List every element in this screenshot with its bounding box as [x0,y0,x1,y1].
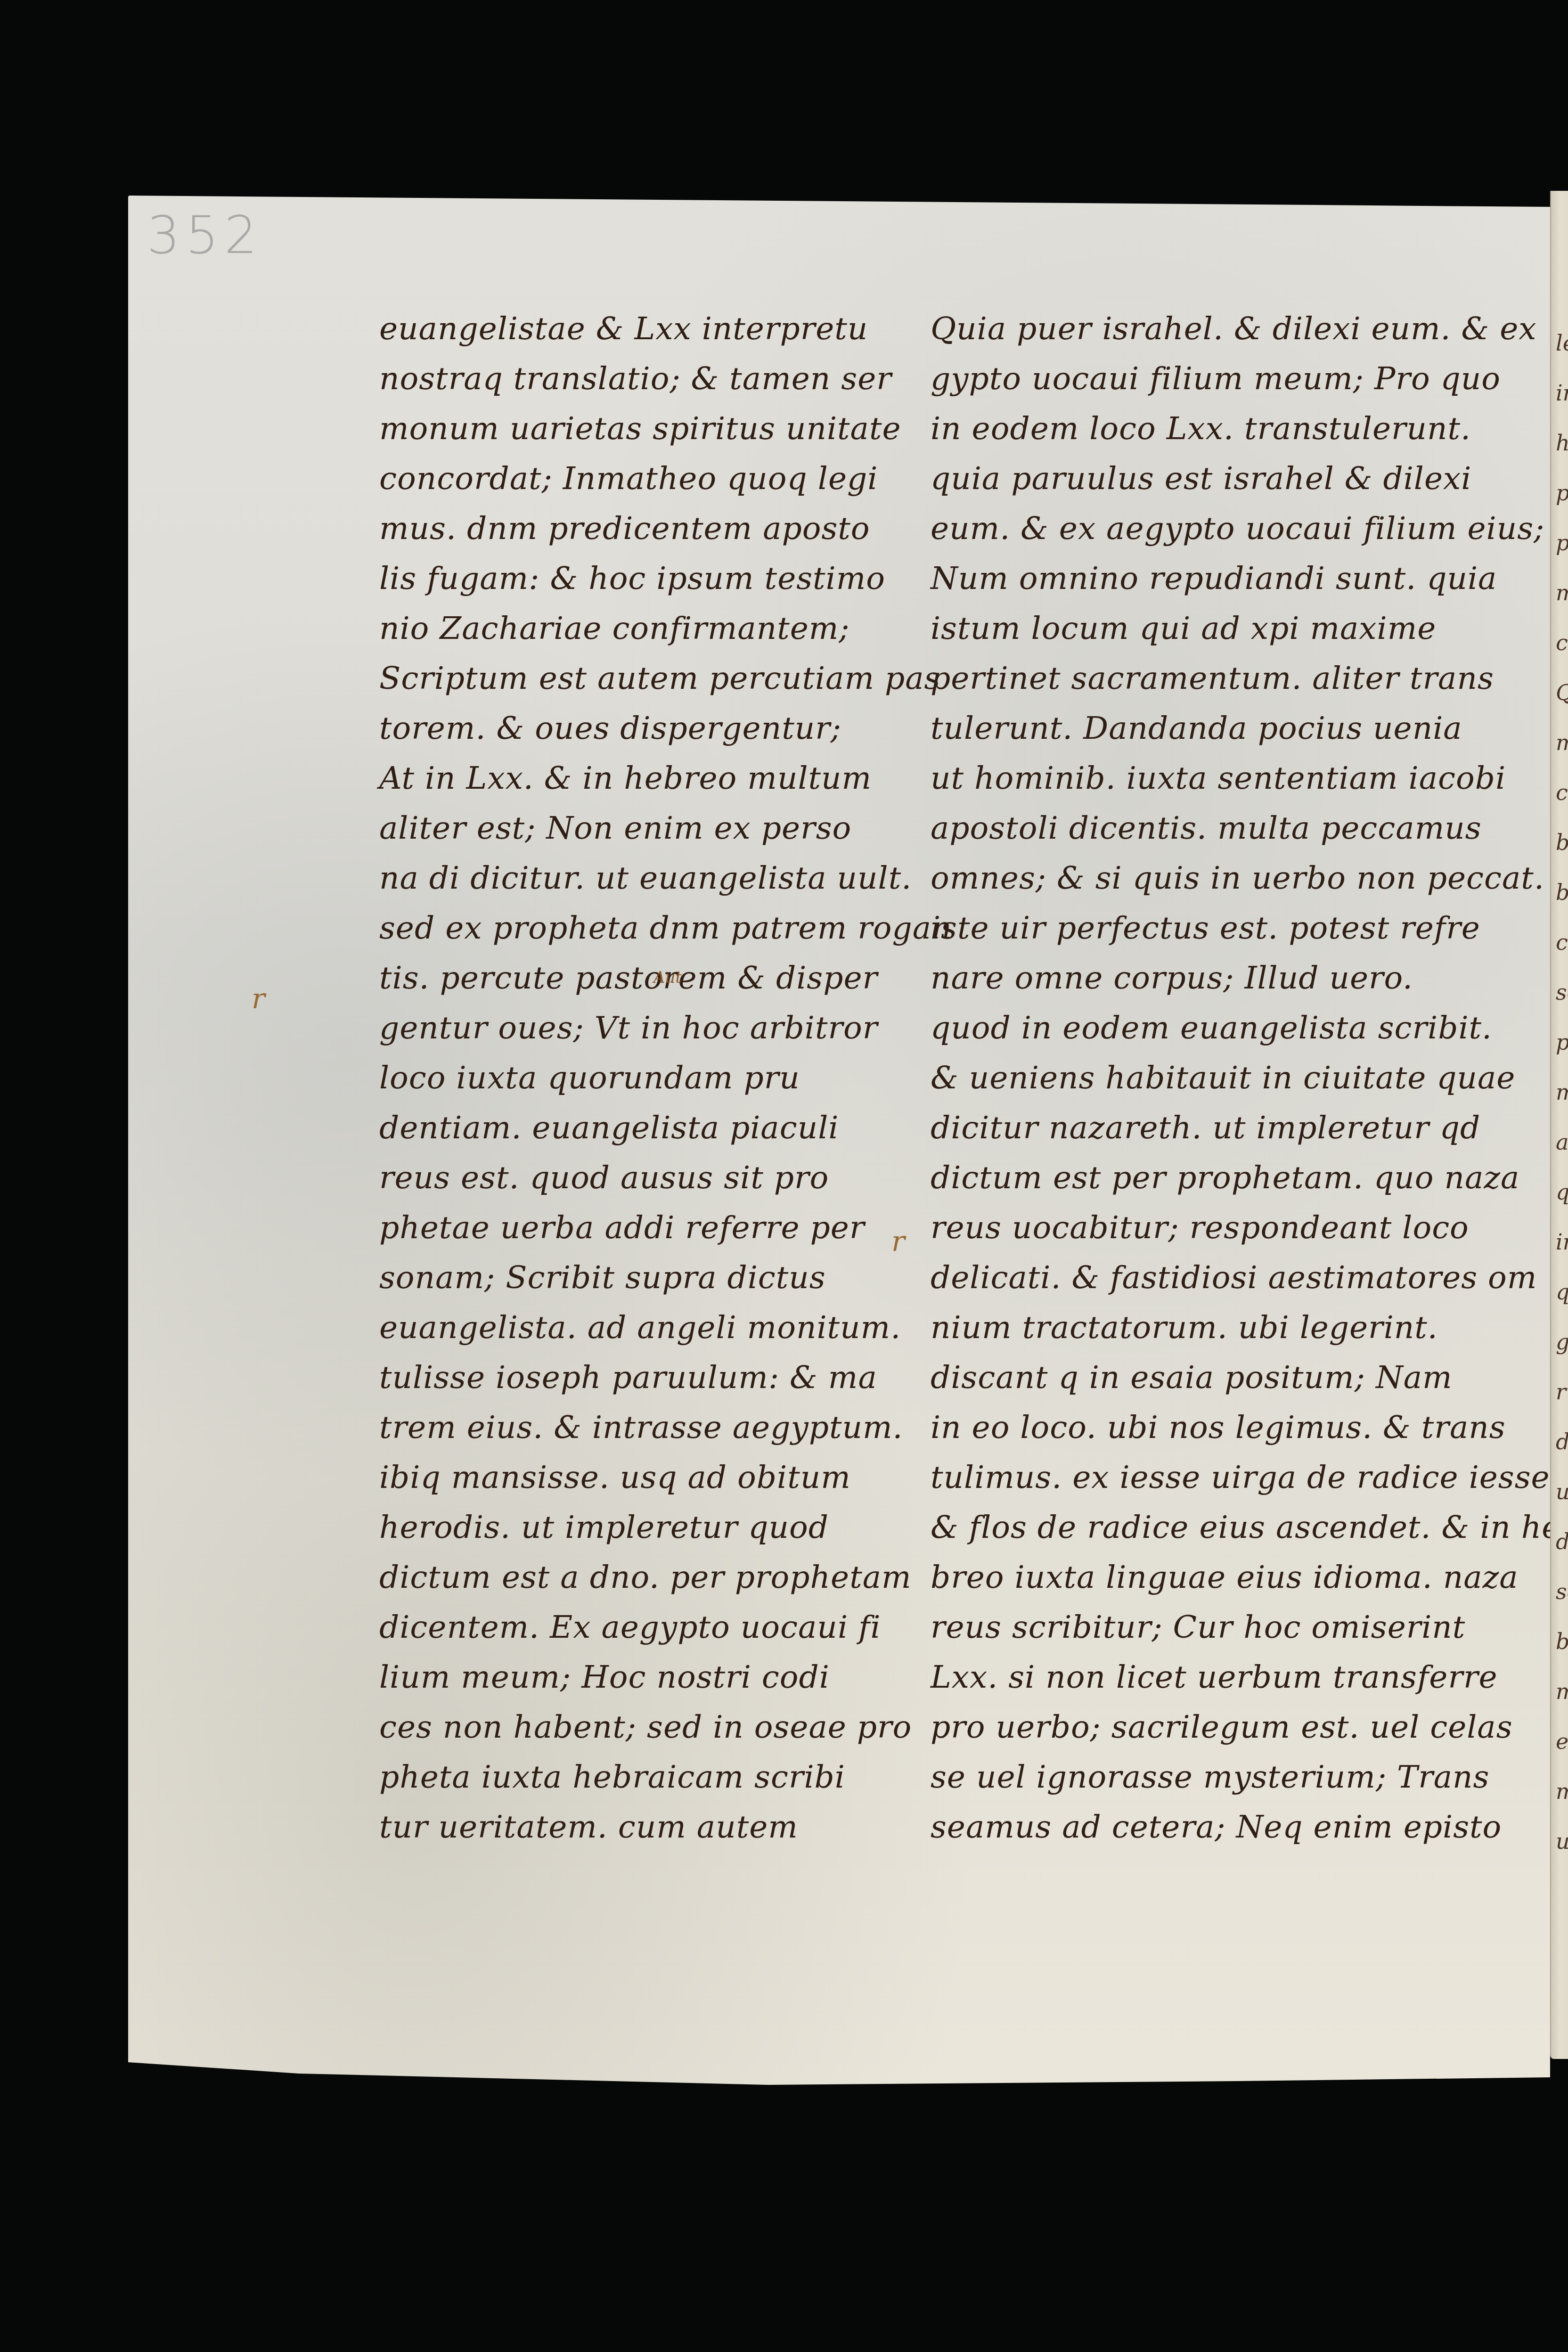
facing-page-line: pr [1556,532,1568,554]
manuscript-line: in eo loco. ubi nos legimus. & trans [931,1412,1506,1443]
facing-page-line: eg [1556,1731,1568,1752]
manuscript-line: in eodem loco Lxx. transtulerunt. [931,413,1471,444]
manuscript-line: eum. & ex aegypto uocaui filium eius; [931,513,1544,544]
manuscript-line: aliter est; Non enim ex perso [379,813,851,844]
manuscript-line: phetae uerba addi referre per [379,1212,865,1243]
manuscript-line: reus est. quod ausus sit pro [379,1162,829,1193]
manuscript-line: dentiam. euangelista piaculi [379,1112,839,1143]
manuscript-line: gypto uocaui filium meum; Pro quo [931,363,1501,394]
manuscript-line: monum uarietas spiritus unitate [379,413,901,444]
facing-page-line: im [1556,382,1568,404]
manuscript-line: breo iuxta linguae eius idioma. naza [931,1562,1519,1593]
manuscript-line: ibiq mansisse. usq ad obitum [379,1462,851,1493]
manuscript-line: & ueniens habitauit in ciuitate quae [931,1062,1515,1094]
manuscript-line: tur ueritatem. cum autem [379,1812,798,1843]
manuscript-line: lium meum; Hoc nostri codi [379,1662,830,1693]
manuscript-line: istum locum qui ad xpi maxime [931,613,1436,644]
manuscript-line: pheta iuxta hebraicam scribi [379,1762,845,1793]
facing-page-line: qu [1556,1181,1568,1203]
manuscript-line: herodis. ut impleretur quod [379,1512,829,1543]
manuscript-line: apostoli dicentis. multa peccamus [931,813,1482,844]
manuscript-line: na di dicitur. ut euangelista uult. [379,863,912,894]
manuscript-line: nio Zachariae confirmantem; [379,613,850,644]
facing-page-line: u [1556,1830,1568,1852]
facing-page-line: di [1556,1531,1568,1552]
manuscript-line: omnes; & si quis in uerbo non peccat. [931,863,1544,894]
manuscript-line: discant q in esaia positum; Nam [931,1362,1453,1393]
facing-page-line: m [1556,1780,1568,1802]
facing-page-line: mu [1556,582,1568,604]
manuscript-line: pertinet sacramentum. aliter trans [931,663,1494,694]
facing-page-line: do [1556,1431,1568,1453]
manuscript-folio: 352 euangelistae & Lxx interpretunostraq… [128,196,1550,2085]
manuscript-line: & flos de radice eius ascendet. & in he [931,1512,1560,1543]
facing-page-line: cab [1556,632,1568,653]
manuscript-line: dicitur nazareth. ut impleretur qd [931,1112,1480,1143]
manuscript-line: euangelista. ad angeli monitum. [379,1312,901,1343]
facing-page-line: pi [1556,1031,1568,1053]
interlinear-gloss: Aut [653,968,682,987]
facing-page-line: scr [1556,981,1568,1003]
manuscript-line: ces non habent; sed in oseae pro [379,1712,912,1743]
facing-page-line: qu [1556,1281,1568,1303]
manuscript-line: nare omne corpus; Illud uero. [931,963,1413,994]
manuscript-line: tulerunt. Dandanda pocius uenia [931,713,1462,744]
manuscript-line: euangelistae & Lxx interpretu [379,313,868,344]
facing-page-line: me [1556,1081,1568,1103]
facing-page-line: ub [1556,1481,1568,1503]
manuscript-line: dictum est a dno. per prophetam [379,1562,912,1593]
manuscript-line: tis. percute pastorem & disper [379,963,878,994]
facing-page-edge: leimhopleprmucabQumucabbbacabscrpimeargq… [1550,191,1568,2059]
manuscript-line: tulimus. ex iesse uirga de radice iesse. [931,1462,1560,1493]
manuscript-line: reus scribitur; Cur hoc omiserint [931,1612,1465,1643]
facing-page-line: Qu [1556,682,1568,703]
manuscript-line: iste uir perfectus est. potest refre [931,913,1480,944]
facing-page-line: scr [1556,1581,1568,1602]
facing-page-line: cab [1556,931,1568,953]
facing-page-line: le [1556,332,1568,354]
manuscript-line: torem. & oues dispergentur; [379,713,841,744]
facing-page-line: ru [1556,1381,1568,1403]
facing-page-line: inq [1556,1231,1568,1253]
facing-page-line: ho [1556,432,1568,454]
manuscript-line: quia paruulus est israhel & dilexi [931,463,1471,494]
manuscript-line: loco iuxta quorundam pru [379,1062,800,1094]
manuscript-line: Quia puer israhel. & dilexi eum. & ex [931,313,1537,344]
facing-page-line: be [1556,1631,1568,1652]
manuscript-line: tulisse ioseph paruulum: & ma [379,1362,877,1393]
manuscript-line: sed ex propheta dnm patrem rogan [379,913,952,944]
facing-page-line: ba [1556,882,1568,903]
manuscript-line: gentur oues; Vt in hoc arbitror [379,1013,878,1044]
facing-page-line: gr [1556,1331,1568,1353]
manuscript-line: mus. dnm predicentem aposto [379,513,870,544]
manuscript-line: Lxx. si non licet uerbum transferre [931,1662,1498,1693]
facing-page-line: mu [1556,732,1568,753]
manuscript-line: seamus ad cetera; Neq enim episto [931,1812,1502,1843]
facing-page-line: m [1556,1681,1568,1702]
manuscript-line: reus uocabitur; respondeant loco [931,1212,1469,1243]
facing-page-line: cab [1556,782,1568,803]
manuscript-line: dicentem. Ex aegypto uocaui fi [379,1612,881,1643]
manuscript-line: pro uerbo; sacrilegum est. uel celas [931,1712,1513,1743]
manuscript-line: ut hominib. iuxta sententiam iacobi [931,763,1506,794]
manuscript-line: quod in eodem euangelista scribit. [931,1013,1492,1044]
manuscript-line: Scriptum est autem percutiam pas [379,663,940,694]
facing-page-line: b [1556,832,1568,853]
manuscript-line: se uel ignorasse mysterium; Trans [931,1762,1489,1793]
margin-correction-mark: r [891,1225,905,1258]
manuscript-line: delicati. & fastidiosi aestimatores om [931,1262,1537,1293]
manuscript-line: At in Lxx. & in hebreo multum [379,763,872,794]
manuscript-line: dictum est per prophetam. quo naza [931,1162,1519,1193]
page-number: 352 [147,205,263,265]
manuscript-line: lis fugam: & hoc ipsum testimo [379,563,885,594]
facing-page-line: ple [1556,482,1568,504]
manuscript-line: concordat; Inmatheo quoq legi [379,463,878,494]
manuscript-line: trem eius. & intrasse aegyptum. [379,1412,903,1443]
manuscript-line: nostraq translatio; & tamen ser [379,363,892,394]
margin-correction-mark: r [252,982,265,1015]
manuscript-line: sonam; Scribit supra dictus [379,1262,826,1293]
manuscript-line: Num omnino repudiandi sunt. quia [931,563,1497,594]
facing-page-line: arg [1556,1131,1568,1153]
manuscript-line: nium tractatorum. ubi legerint. [931,1312,1438,1343]
